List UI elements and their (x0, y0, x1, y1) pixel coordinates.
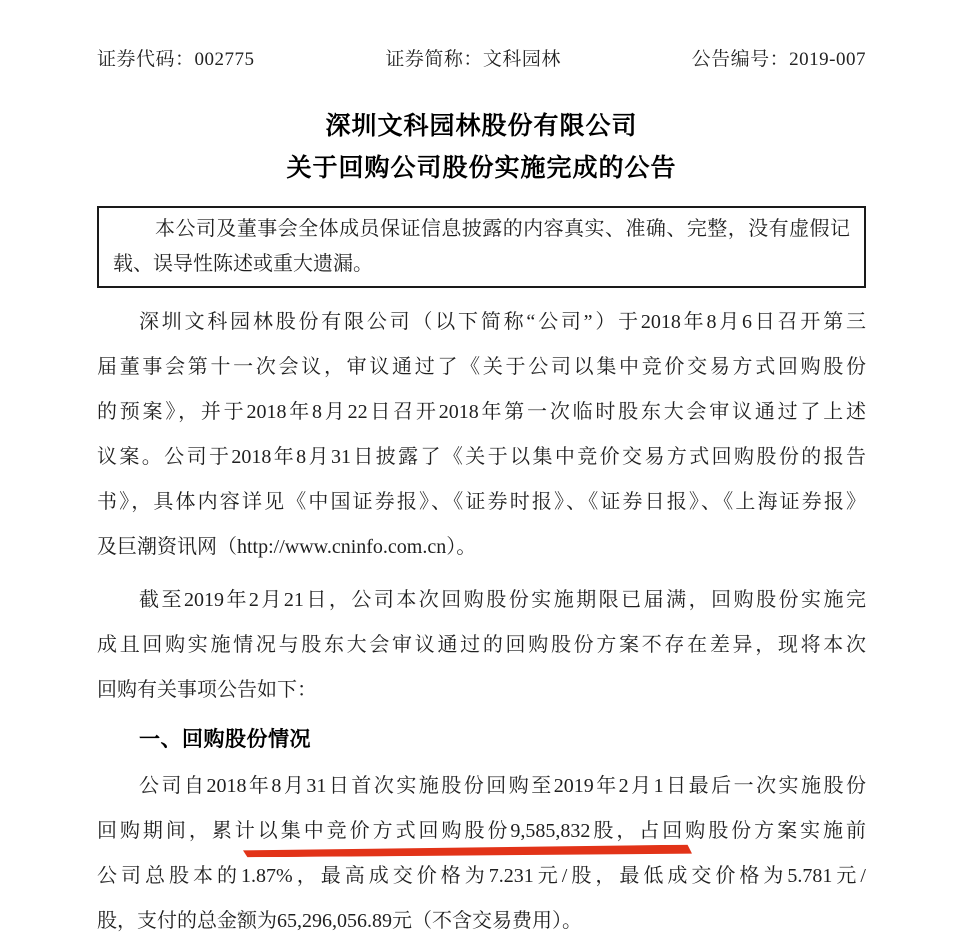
stock-short-name-value: 文科园林 (483, 49, 561, 70)
text-line: 回购有关事项公告如下： (97, 668, 866, 713)
stock-short-name: 证券简称：文科园林 (385, 50, 561, 70)
stock-code-value: 002775 (195, 49, 255, 70)
paragraph-buyback-details: 公司自2018年8月31日首次实施股份回购至2019年2月1日最后一次实施股份 … (97, 764, 866, 939)
announcement-number-value: 2019-007 (789, 49, 866, 70)
paragraph-background: 深圳文科园林股份有限公司（以下简称“公司”）于2018年8月6日召开第三 届董事… (97, 300, 866, 570)
notice-line: 载、误导性陈述或重大遗漏。 (113, 247, 850, 282)
document-header: 证券代码：002775 证券简称：文科园林 公告编号：2019-007 (97, 0, 866, 70)
text-line: 议案。公司于2018年8月31日披露了《关于以集中竞价交易方式回购股份的报告 (97, 435, 866, 480)
text-line-underlined: 回购期间，累计以集中竞价方式回购股份9,585,832股，占回购股份方案实施前 (97, 809, 866, 854)
section-heading-buyback-status: 一、回购股份情况 (97, 717, 866, 762)
announcement-subject-title: 关于回购公司股份实施完成的公告 (97, 148, 866, 190)
notice-line: 本公司及董事会全体成员保证信息披露的内容真实、准确、完整，没有虚假记 (113, 212, 850, 247)
text-line-with-url: 及巨潮资讯网（http://www.cninfo.com.cn）。 (97, 525, 866, 570)
paragraph-expiry-statement: 截至2019年2月21日，公司本次回购股份实施期限已届满，回购股份实施完 成且回… (97, 578, 866, 713)
text-line: 的预案》，并于2018年8月22日召开2018年第一次临时股东大会审议通过了上述 (97, 390, 866, 435)
text-line: 成且回购实施情况与股东大会审议通过的回购股份方案不存在差异，现将本次 (97, 623, 866, 668)
text-line: 书》，具体内容详见《中国证券报》、《证券时报》、《证券日报》、《上海证券报》 (97, 480, 866, 525)
text-line: 截至2019年2月21日，公司本次回购股份实施期限已届满，回购股份实施完 (97, 578, 866, 623)
text-line: 公司自2018年8月31日首次实施股份回购至2019年2月1日最后一次实施股份 (97, 764, 866, 809)
disclosure-notice-box: 本公司及董事会全体成员保证信息披露的内容真实、准确、完整，没有虚假记 载、误导性… (97, 206, 866, 288)
text-line: 深圳文科园林股份有限公司（以下简称“公司”）于2018年8月6日召开第三 (97, 300, 866, 345)
announcement-number: 公告编号：2019-007 (692, 50, 866, 70)
company-name-title: 深圳文科园林股份有限公司 (97, 106, 866, 148)
text-line: 届董事会第十一次会议，审议通过了《关于公司以集中竞价交易方式回购股份 (97, 345, 866, 390)
document-title: 深圳文科园林股份有限公司 关于回购公司股份实施完成的公告 (97, 106, 866, 190)
stock-code: 证券代码：002775 (97, 50, 255, 70)
text-line: 公司总股本的1.87%，最高成交价格为7.231元/股，最低成交价格为5.781… (97, 854, 866, 899)
text-line: 股，支付的总金额为65,296,056.89元（不含交易费用）。 (97, 899, 866, 939)
stock-code-label: 证券代码： (97, 49, 195, 70)
announcement-number-label: 公告编号： (692, 49, 790, 70)
stock-short-name-label: 证券简称： (385, 49, 483, 70)
announcement-document: 证券代码：002775 证券简称：文科园林 公告编号：2019-007 深圳文科… (0, 0, 959, 939)
